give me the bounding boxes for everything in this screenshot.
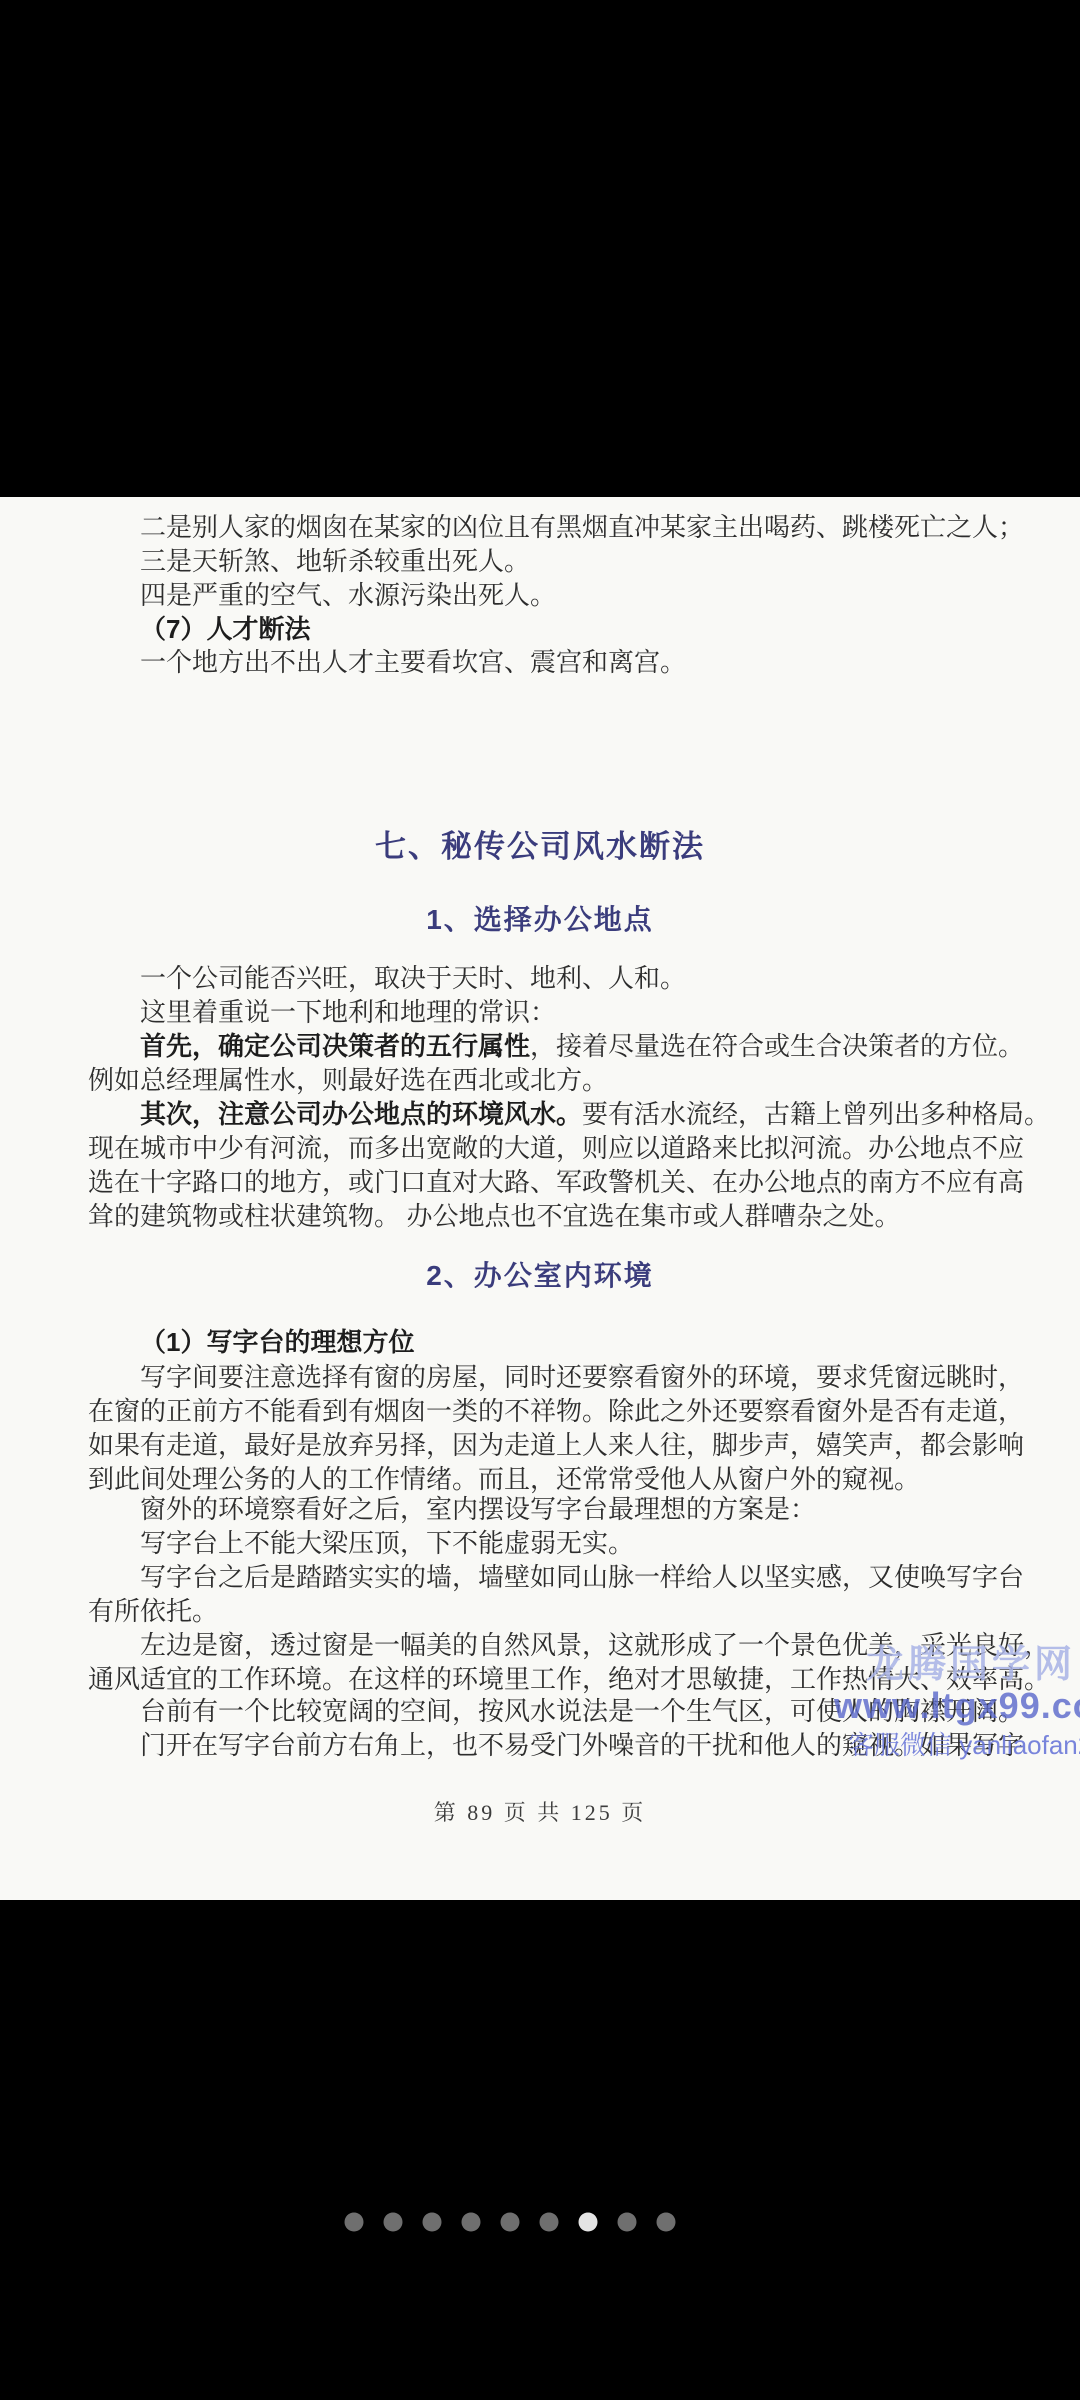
text-line: 到此间处理公务的人的工作情绪。而且，还常常受他人从窗户外的窥视。 bbox=[88, 1463, 1008, 1497]
text-line: 窗外的环境察看好之后，室内摆设写字台最理想的方案是： bbox=[88, 1493, 1060, 1527]
page-indicator-dot[interactable] bbox=[423, 2213, 442, 2232]
text-line: 其次，注意公司办公地点的环境风水。要有活水流经，古籍上曾列出多种格局。 bbox=[88, 1098, 1060, 1132]
paragraph-heading: （1）写字台的理想方位 bbox=[88, 1325, 1060, 1359]
text-line: 三是天斩煞、地斩杀较重出死人。 bbox=[88, 545, 1060, 579]
text-line: 门开在写字台前方右角上，也不易受门外噪音的干扰和他人的窥视。如果写字 bbox=[88, 1729, 1060, 1763]
text-line: 这里着重说一下地利和地理的常识： bbox=[88, 996, 1060, 1030]
text-line: 通风适宜的工作环境。在这样的环境里工作，绝对才思敏捷，工作热情大、效率高。 bbox=[88, 1663, 1008, 1697]
text-line: 如果有走道，最好是放弃另择，因为走道上人来人往，脚步声，嬉笑声，都会影响 bbox=[88, 1429, 1008, 1463]
section-title: 2、办公室内环境 bbox=[0, 1259, 1080, 1293]
text-line: 二是别人家的烟囱在某家的凶位且有黑烟直冲某家主出喝药、跳楼死亡之人； bbox=[88, 511, 1060, 545]
text-line: 现在城市中少有河流，而多出宽敞的大道，则应以道路来比拟河流。办公地点不应 bbox=[88, 1132, 1008, 1166]
text-line: 例如总经理属性水，则最好选在西北或北方。 bbox=[88, 1064, 1008, 1098]
text-line: 写字间要注意选择有窗的房屋，同时还要察看窗外的环境，要求凭窗远眺时， bbox=[88, 1361, 1060, 1395]
page-indicator-dot[interactable] bbox=[501, 2213, 520, 2232]
section-title: 1、选择办公地点 bbox=[0, 903, 1080, 937]
page-indicator-dot[interactable] bbox=[540, 2213, 559, 2232]
page-indicator-dot[interactable] bbox=[657, 2213, 676, 2232]
text-line: 写字台上不能大梁压顶，下不能虚弱无实。 bbox=[88, 1527, 1060, 1561]
text-line: 一个地方出不出人才主要看坎宫、震宫和离宫。 bbox=[88, 646, 1060, 680]
text-line: 四是严重的空气、水源污染出死人。 bbox=[88, 579, 1060, 613]
letterbox-top bbox=[0, 0, 1080, 497]
text-line: 左边是窗，透过窗是一幅美的自然风景，这就形成了一个景色优美，采光良好， bbox=[88, 1629, 1060, 1663]
reader-screen: 二是别人家的烟囱在某家的凶位且有黑烟直冲某家主出喝药、跳楼死亡之人；三是天斩煞、… bbox=[0, 0, 1080, 2400]
document-page[interactable]: 二是别人家的烟囱在某家的凶位且有黑烟直冲某家主出喝药、跳楼死亡之人；三是天斩煞、… bbox=[0, 497, 1080, 1900]
page-indicator-dot[interactable] bbox=[618, 2213, 637, 2232]
text-line: 有所依托。 bbox=[88, 1595, 1008, 1629]
letterbox-bottom bbox=[0, 1900, 1080, 2400]
page-indicator-dot[interactable] bbox=[345, 2213, 364, 2232]
body-text: 要有活水流经，古籍上曾列出多种格局。 bbox=[582, 1100, 1050, 1129]
text-line: 一个公司能否兴旺，取决于天时、地利、人和。 bbox=[88, 962, 1060, 996]
page-indicator-dot[interactable] bbox=[462, 2213, 481, 2232]
text-line: 在窗的正前方不能看到有烟囱一类的不祥物。除此之外还要察看窗外是否有走道， bbox=[88, 1395, 1008, 1429]
paragraph-heading: （7）人才断法 bbox=[88, 612, 1060, 646]
text-line: 选在十字路口的地方，或门口直对大路、军政警机关、在办公地点的南方不应有高 bbox=[88, 1166, 1008, 1200]
emphasis-text: 首先，确定公司决策者的五行属性 bbox=[140, 1032, 530, 1061]
page-indicator-dot[interactable] bbox=[384, 2213, 403, 2232]
page-number: 第 89 页 共 125 页 bbox=[0, 1796, 1080, 1830]
emphasis-text: 其次，注意公司办公地点的环境风水。 bbox=[140, 1100, 582, 1129]
text-line: 耸的建筑物或柱状建筑物。 办公地点也不宜选在集市或人群嘈杂之处。 bbox=[88, 1200, 1008, 1234]
chapter-title: 七、秘传公司风水断法 bbox=[0, 830, 1080, 864]
text-line: 台前有一个比较宽阔的空间，按风水说法是一个生气区，可使人的胸襟开阔。 bbox=[88, 1695, 1060, 1729]
page-indicator bbox=[345, 2213, 676, 2232]
page-indicator-dot-active[interactable] bbox=[579, 2213, 598, 2232]
text-line: 写字台之后是踏踏实实的墙，墙壁如同山脉一样给人以坚实感，又使唤写字台 bbox=[88, 1561, 1060, 1595]
body-text: ，接着尽量选在符合或生合决策者的方位。 bbox=[530, 1032, 1024, 1061]
text-line: 首先，确定公司决策者的五行属性，接着尽量选在符合或生合决策者的方位。 bbox=[88, 1030, 1060, 1064]
